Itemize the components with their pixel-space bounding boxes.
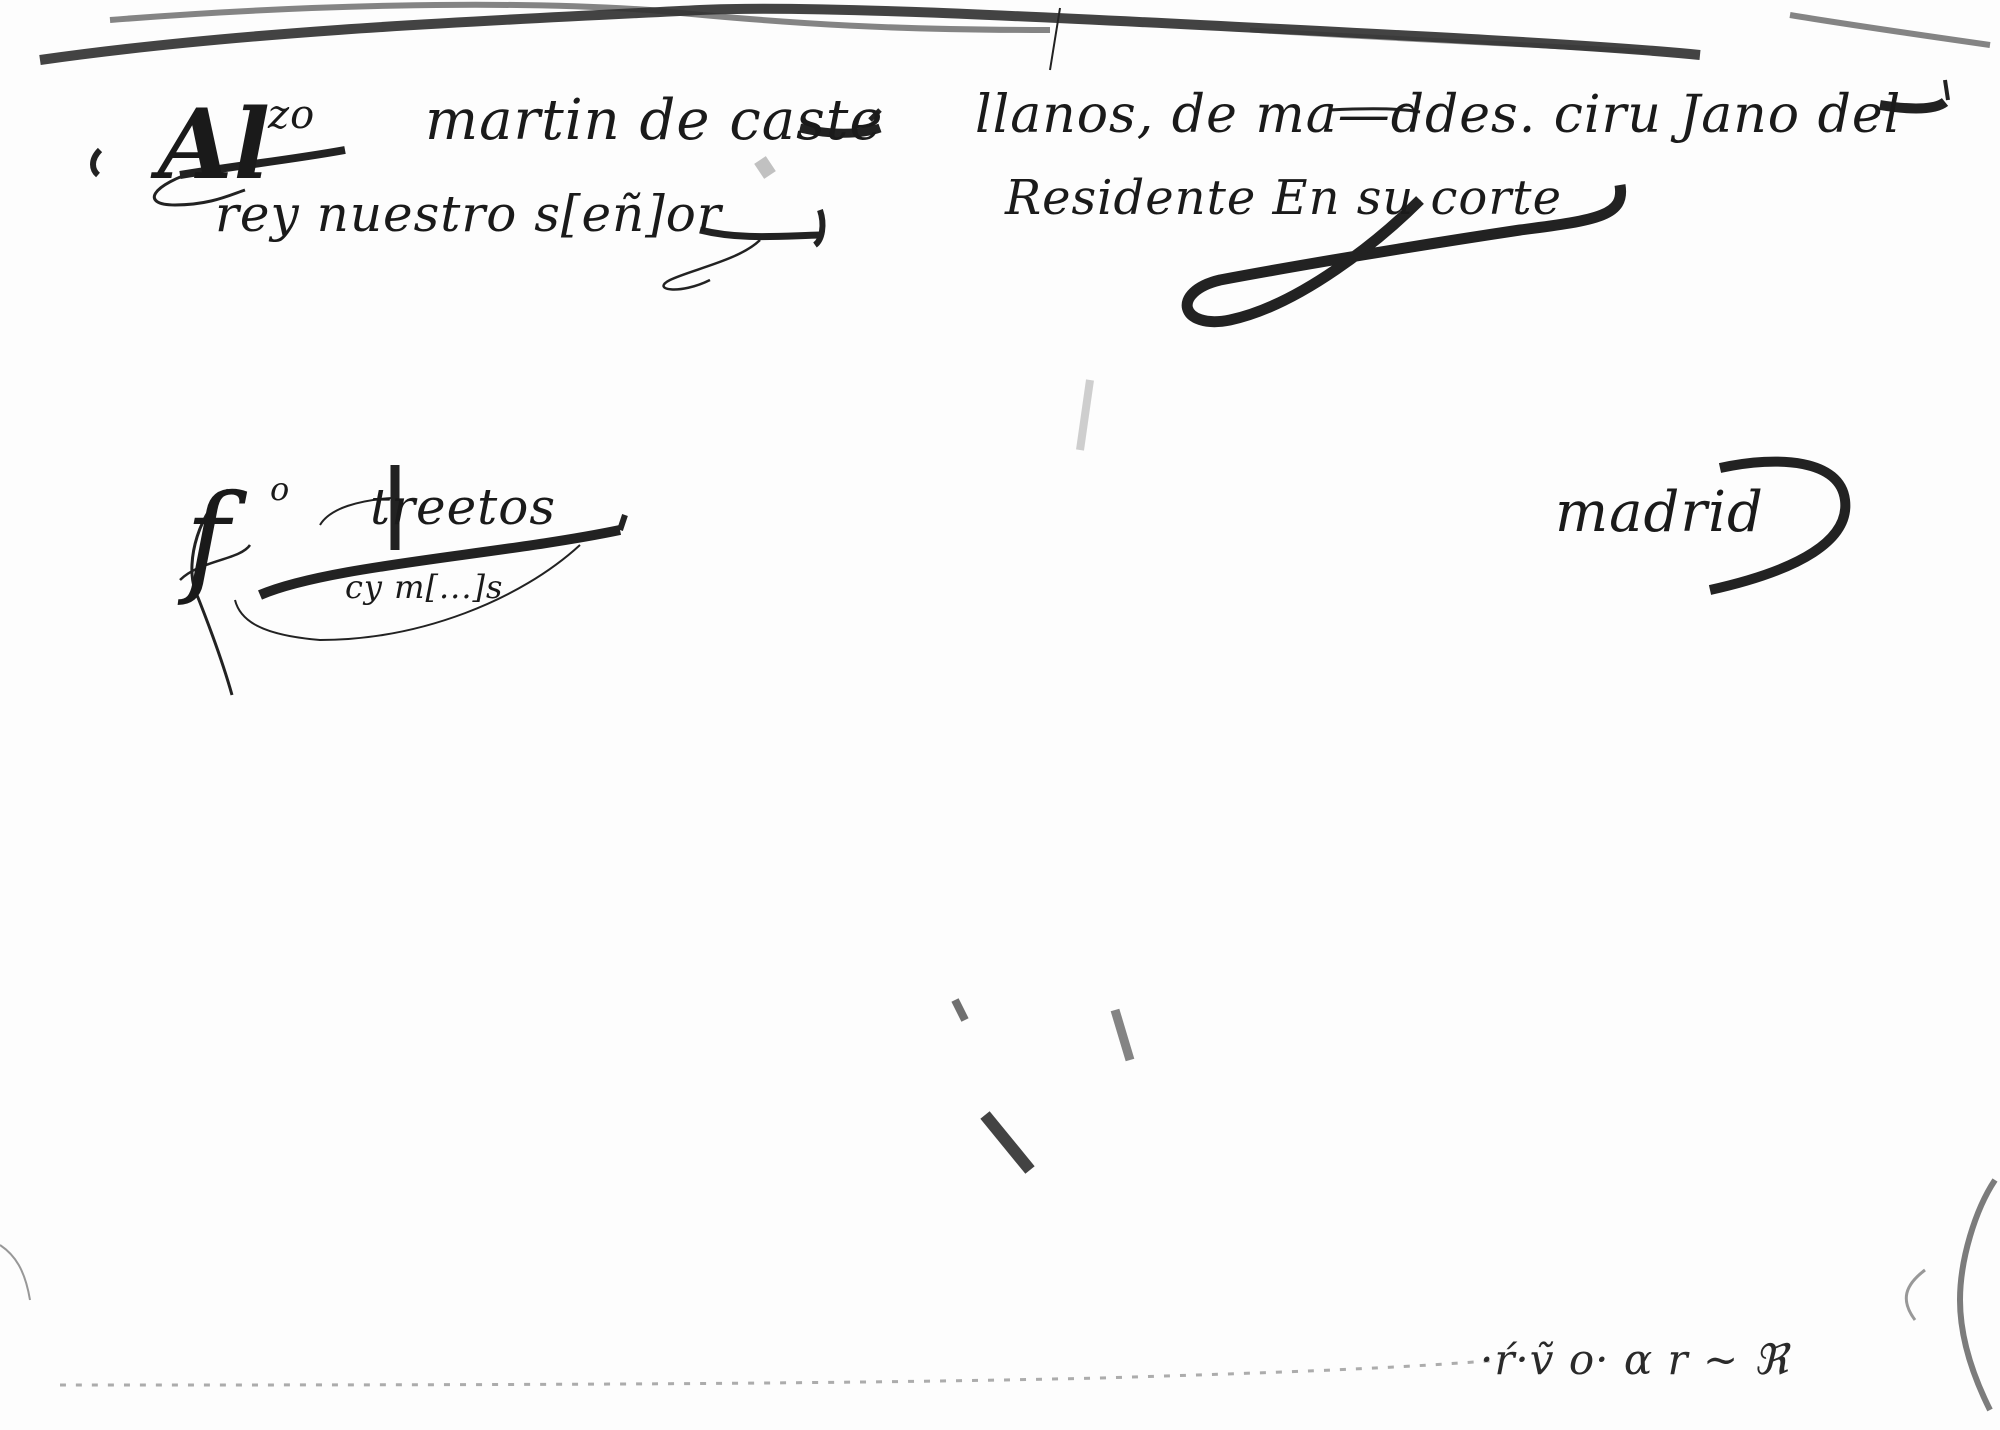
entry-right-line-1: llanos, de ma—ddes. ciru Jano del [975, 85, 1901, 145]
entry-left-line-1: martin de caste [425, 88, 883, 153]
place-name: madrid [1555, 480, 1764, 545]
manuscript-page: Al zo martin de caste rey nuestro s[eñ]o… [0, 0, 2000, 1430]
signature-initial: f [185, 470, 230, 609]
signature-line-1: treetos [370, 478, 556, 536]
bottom-text-fragment: ·ŕ·ṽ o· ɑ r ∼ ℜ [1480, 1335, 1789, 1384]
signature-initial-superscript: o [270, 470, 290, 508]
entry-left-line-2: rey nuestro s[eñ]or [215, 185, 722, 243]
entry-initial-superscript: zo [268, 92, 315, 138]
entry-right-line-2: Residente En su corte [1005, 170, 1562, 226]
signature-line-2: cy m[...]s [345, 568, 503, 606]
